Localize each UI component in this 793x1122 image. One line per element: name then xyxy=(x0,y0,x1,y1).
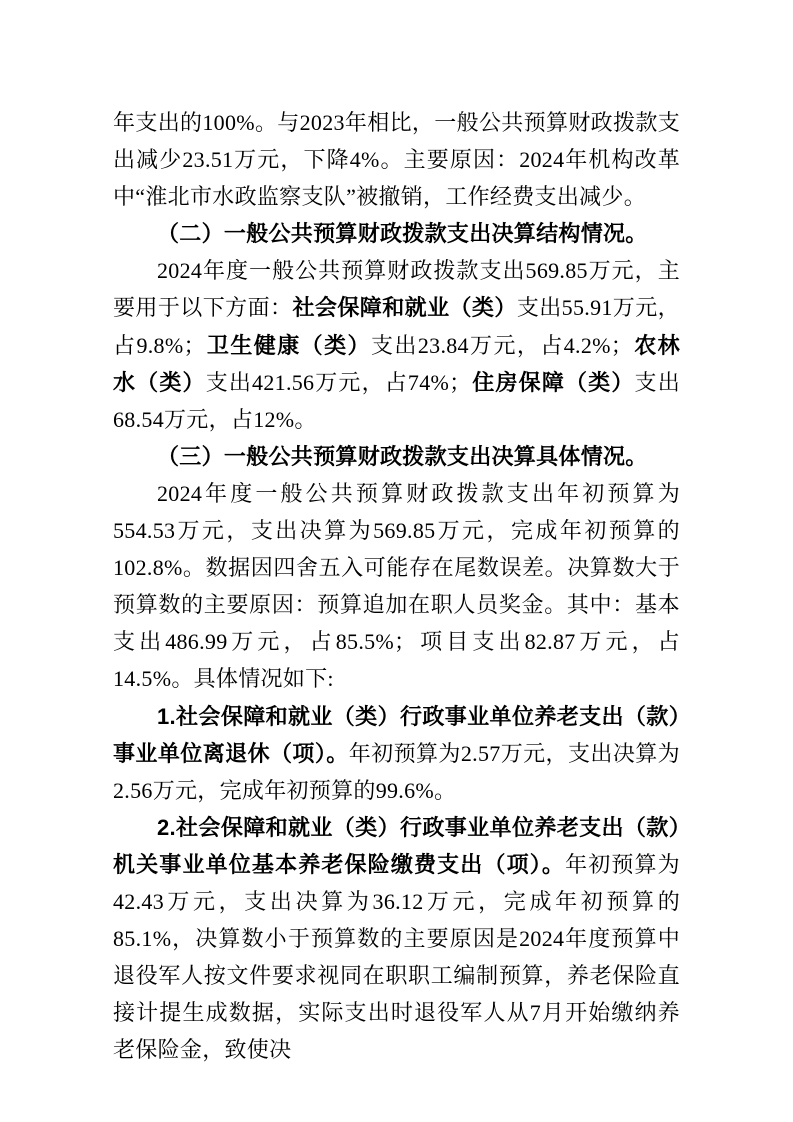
bold-text-run: 住房保障（类） xyxy=(471,370,634,395)
paragraph: 年支出的100%。与2023年相比，一般公共预算财政拨款支出减少23.51万元，… xyxy=(113,104,680,215)
document-page: 年支出的100%。与2023年相比，一般公共预算财政拨款支出减少23.51万元，… xyxy=(0,0,793,1122)
bold-text-run: 卫生健康（类） xyxy=(206,333,371,358)
text-run: 2024年度一般公共预算财政拨款支出年初预算为554.53万元，支出决算为569… xyxy=(113,481,680,691)
text-run: 支出23.84万元，占4.2%； xyxy=(371,333,633,358)
section-heading: （三）一般公共预算财政拨款支出决算具体情况。 xyxy=(113,438,680,475)
paragraph: 2024年度一般公共预算财政拨款支出569.85万元，主要用于以下方面：社会保障… xyxy=(113,252,680,437)
section-heading: （二）一般公共预算财政拨款支出决算结构情况。 xyxy=(113,215,680,252)
paragraph: 1.社会保障和就业（类）行政事业单位养老支出（款）事业单位离退休（项）。年初预算… xyxy=(113,698,680,809)
bold-text-run: （二）一般公共预算财政拨款支出决算结构情况。 xyxy=(157,221,648,246)
document-body: 年支出的100%。与2023年相比，一般公共预算财政拨款支出减少23.51万元，… xyxy=(113,104,680,1068)
text-run: 年支出的100%。与2023年相比，一般公共预算财政拨款支出减少23.51万元，… xyxy=(113,110,680,209)
paragraph: 2024年度一般公共预算财政拨款支出年初预算为554.53万元，支出决算为569… xyxy=(113,475,680,698)
bold-text-run: （三）一般公共预算财政拨款支出决算具体情况。 xyxy=(157,444,648,469)
text-run: 支出421.56万元，占74%； xyxy=(206,370,472,395)
bold-text-run: 社会保障和就业（类） xyxy=(292,295,516,320)
paragraph: 2.社会保障和就业（类）行政事业单位养老支出（款）机关事业单位基本养老保险缴费支… xyxy=(113,809,680,1069)
text-run: 年初预算为42.43万元，支出决算为36.12万元，完成年初预算的85.1%，决… xyxy=(113,852,680,1062)
